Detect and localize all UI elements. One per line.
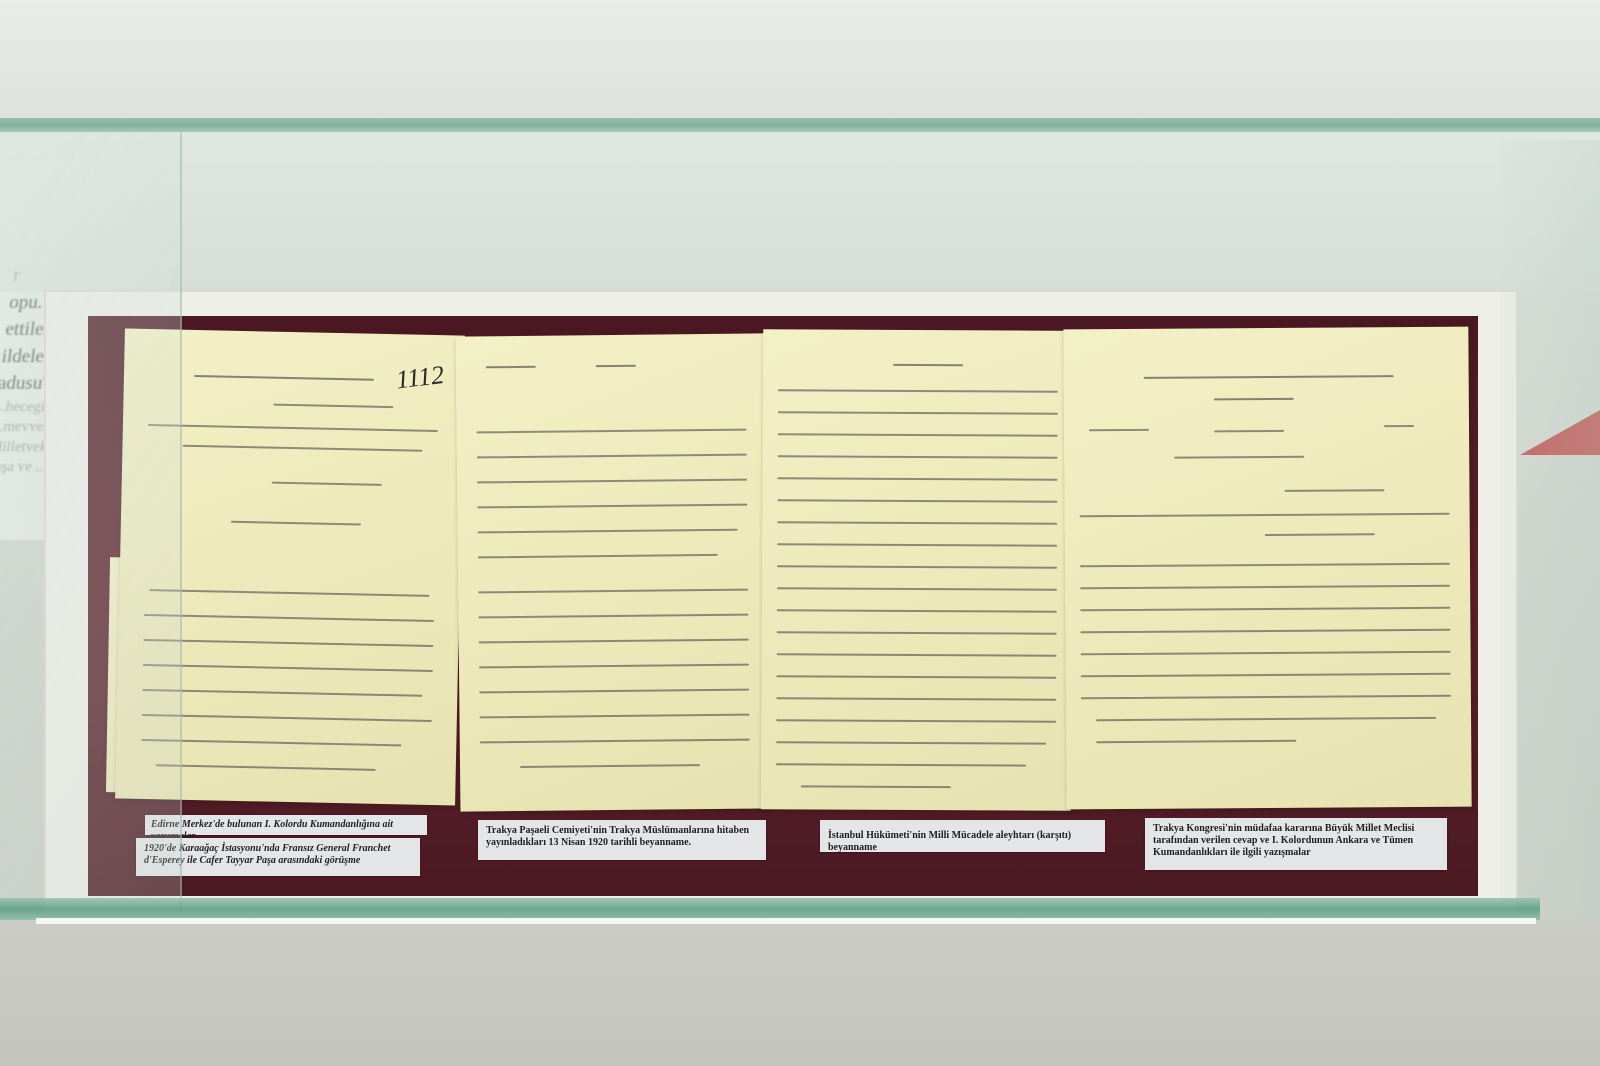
glass-case-top-edge	[0, 118, 1600, 132]
glass-case-right-pane	[1500, 140, 1600, 920]
document-4	[1063, 327, 1471, 810]
glass-case-front-highlight	[36, 918, 1536, 924]
document-2	[456, 333, 771, 811]
glass-case-left-pane	[0, 132, 182, 912]
caption-label-4: Trakya Kongresi'nin müdafaa kararına Büy…	[1145, 818, 1447, 870]
caption-text: Trakya Kongresi'nin müdafaa kararına Büy…	[1153, 823, 1414, 858]
document-3	[761, 329, 1074, 811]
caption-text: İstanbul Hükümeti'nin Milli Mücadele ale…	[828, 830, 1071, 853]
caption-text: Trakya Paşaeli Cemiyeti'nin Trakya Müslü…	[486, 825, 749, 848]
floor	[0, 930, 1600, 1066]
caption-label-2: Trakya Paşaeli Cemiyeti'nin Trakya Müslü…	[478, 820, 766, 860]
glass-case-front-edge	[0, 898, 1540, 920]
caption-label-3: İstanbul Hükümeti'nin Milli Mücadele ale…	[820, 820, 1105, 852]
caption-label-1a: Edirne Merkez'de bulunan I. Kolordu Kuma…	[145, 815, 427, 835]
document-number: 1112	[394, 360, 445, 395]
glass-case-top	[0, 132, 1600, 292]
